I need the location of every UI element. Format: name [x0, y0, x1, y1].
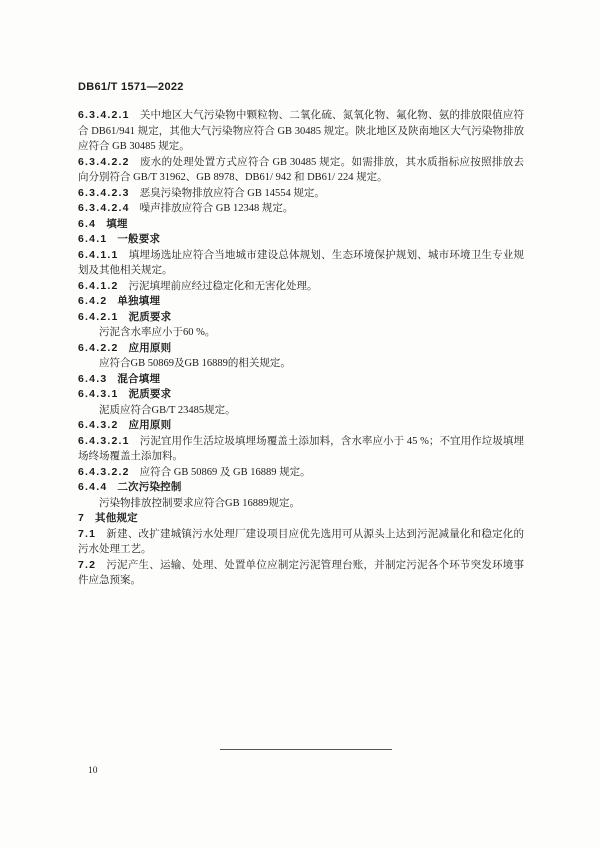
page-number: 10: [88, 765, 98, 777]
heading-title: 混合填埋: [117, 373, 160, 385]
clause-number: 6.3.4.2.2: [78, 156, 130, 168]
body-paragraph: 泥质应符合GB/T 23485规定。: [78, 403, 524, 419]
heading-title: 应用原则: [129, 342, 172, 354]
clause-text: 噪声排放应符合 GB 12348 规定。: [140, 203, 294, 214]
clause-6.3.4.2.1: 6.3.4.2.1关中地区大气污染物中颗粒物、二氧化硫、氮氧化物、氟化物、氨的排…: [78, 108, 524, 155]
clause-number: 6.4.1.2: [78, 280, 119, 292]
clause-6.4.1.2: 6.4.1.2污泥填埋前应经过稳定化和无害化处理。: [78, 279, 524, 295]
section-heading-6.4: 6.4填埋: [78, 217, 524, 233]
end-of-document-rule: [220, 749, 392, 750]
clause-text: 关中地区大气污染物中颗粒物、二氧化硫、氮氧化物、氟化物、氨的排放限值应符合 DB…: [78, 110, 524, 152]
heading-number: 6.4.3.1: [78, 388, 119, 400]
heading-title: 填埋: [106, 218, 127, 230]
clause-text: 废水的处理处置方式应符合 GB 30485 规定。如需排放，其水质指标应按照排放…: [78, 157, 524, 184]
clause-7.1: 7.1新建、改扩建城镇污水处理厂建设项目应优先选用可从源头上达到污泥减量化和稳定…: [78, 527, 524, 558]
clause-number: 6.4.3.2.2: [78, 466, 130, 478]
clause-text: 污泥宜用作生活垃圾填埋场覆盖土添加料，含水率应小于 45 %；不宜用作垃圾填埋场…: [78, 436, 524, 463]
heading-title: 一般要求: [117, 233, 160, 245]
section-heading-6.4.2.2: 6.4.2.2应用原则: [78, 341, 524, 357]
chapter-number: 7: [78, 512, 85, 524]
clause-number: 6.4.1.1: [78, 249, 119, 261]
section-heading-6.4.4: 6.4.4二次污染控制: [78, 480, 524, 496]
clause-6.4.3.2.2: 6.4.3.2.2应符合 GB 50869 及 GB 16889 规定。: [78, 465, 524, 481]
body-paragraph: 污染物排放控制要求应符合GB 16889规定。: [78, 496, 524, 512]
heading-number: 6.4.2.1: [78, 311, 119, 323]
document-page: DB61/T 1571—2022 6.3.4.2.1关中地区大气污染物中颗粒物、…: [0, 0, 600, 848]
heading-number: 6.4: [78, 218, 96, 230]
heading-number: 6.4.2.2: [78, 342, 119, 354]
clause-6.3.4.2.2: 6.3.4.2.2废水的处理处置方式应符合 GB 30485 规定。如需排放，其…: [78, 155, 524, 186]
heading-title: 泥质要求: [129, 388, 172, 400]
clause-number: 6.3.4.2.1: [78, 109, 130, 121]
heading-title: 单独填埋: [117, 295, 160, 307]
chapter-heading-7: 7其他规定: [78, 511, 524, 527]
section-heading-6.4.2: 6.4.2单独填埋: [78, 294, 524, 310]
section-heading-6.4.3: 6.4.3混合填埋: [78, 372, 524, 388]
heading-title: 泥质要求: [129, 311, 172, 323]
clause-6.4.3.2.1: 6.4.3.2.1污泥宜用作生活垃圾填埋场覆盖土添加料，含水率应小于 45 %；…: [78, 434, 524, 465]
section-heading-6.4.1: 6.4.1一般要求: [78, 232, 524, 248]
document-body: 6.3.4.2.1关中地区大气污染物中颗粒物、二氧化硫、氮氧化物、氟化物、氨的排…: [78, 108, 524, 589]
clause-6.4.1.1: 6.4.1.1填埋场选址应符合当地城市建设总体规划、生态环境保护规划、城市环境卫…: [78, 248, 524, 279]
clause-number: 7.2: [78, 559, 96, 571]
clause-6.3.4.2.3: 6.3.4.2.3恶臭污染物排放应符合 GB 14554 规定。: [78, 186, 524, 202]
chapter-title: 其他规定: [95, 512, 138, 524]
heading-number: 6.4.3.2: [78, 419, 119, 431]
section-heading-6.4.2.1: 6.4.2.1泥质要求: [78, 310, 524, 326]
section-heading-6.4.3.1: 6.4.3.1泥质要求: [78, 387, 524, 403]
heading-number: 6.4.4: [78, 481, 107, 493]
clause-text: 污泥填埋前应经过稳定化和无害化处理。: [129, 281, 318, 292]
heading-number: 6.4.3: [78, 373, 107, 385]
body-paragraph: 污泥含水率应小于60 %。: [78, 325, 524, 341]
clause-text: 应符合 GB 50869 及 GB 16889 规定。: [140, 467, 311, 478]
clause-number: 6.4.3.2.1: [78, 435, 130, 447]
clause-6.3.4.2.4: 6.3.4.2.4噪声排放应符合 GB 12348 规定。: [78, 201, 524, 217]
clause-number: 7.1: [78, 528, 96, 540]
clause-number: 6.3.4.2.3: [78, 187, 130, 199]
heading-number: 6.4.2: [78, 295, 107, 307]
clause-text: 恶臭污染物排放应符合 GB 14554 规定。: [140, 188, 325, 199]
heading-number: 6.4.1: [78, 233, 107, 245]
clause-text: 填埋场选址应符合当地城市建设总体规划、生态环境保护规划、城市环境卫生专业规划及其…: [78, 250, 524, 277]
heading-title: 应用原则: [129, 419, 172, 431]
running-header: DB61/T 1571—2022: [78, 80, 184, 94]
clause-text: 污泥产生、运输、处理、处置单位应制定污泥管理台账，并制定污泥各个环节突发环境事件…: [78, 560, 524, 587]
section-heading-6.4.3.2: 6.4.3.2应用原则: [78, 418, 524, 434]
clause-7.2: 7.2污泥产生、运输、处理、处置单位应制定污泥管理台账，并制定污泥各个环节突发环…: [78, 558, 524, 589]
clause-text: 新建、改扩建城镇污水处理厂建设项目应优先选用可从源头上达到污泥减量化和稳定化的污…: [78, 529, 524, 556]
heading-title: 二次污染控制: [117, 481, 181, 493]
body-paragraph: 应符合GB 50869及GB 16889的相关规定。: [78, 356, 524, 372]
clause-number: 6.3.4.2.4: [78, 202, 130, 214]
